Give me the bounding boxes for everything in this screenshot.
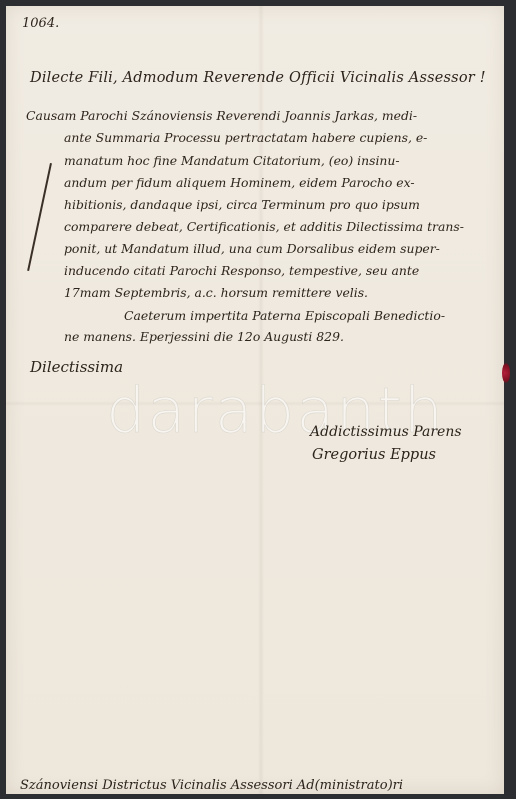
body-line: ponit, ut Mandatum illud, una cum Dorsal… <box>64 241 440 256</box>
signature-closing: Addictissimus Parens <box>310 424 462 440</box>
signature-name: Gregorius Eppus <box>312 447 436 463</box>
bottom-address: Szánoviensi Districtus Vicinalis Assesso… <box>20 778 403 793</box>
wax-seal-remnant <box>502 363 510 383</box>
body-line: andum per fidum aliquem Hominem, eidem P… <box>64 175 415 190</box>
body-line: comparere debeat, Certificationis, et ad… <box>64 219 464 234</box>
body-line: Caeterum impertita Paterna Episcopali Be… <box>124 308 445 323</box>
folio-number: 1064. <box>22 16 59 31</box>
body-line: hibitionis, dandaque ipsi, circa Terminu… <box>64 197 420 212</box>
salutation: Dilecte Fili, Admodum Reverende Officii … <box>30 70 486 86</box>
body-line: 17mam Septembris, a.c. horsum remittere … <box>64 285 368 300</box>
body-line: ne manens. Eperjessini die 12o Augusti 8… <box>64 329 344 344</box>
margin-stroke <box>27 163 52 271</box>
body-line: Causam Parochi Szánoviensis Reverendi Jo… <box>26 108 417 123</box>
body-line: inducendo citati Parochi Responso, tempe… <box>64 263 419 278</box>
manuscript-page: 1064. Dilecte Fili, Admodum Reverende Of… <box>6 6 504 794</box>
body-line: manatum hoc fine Mandatum Citatorium, (e… <box>64 153 400 168</box>
body-line: ante Summaria Processu pertractatam habe… <box>64 130 427 145</box>
